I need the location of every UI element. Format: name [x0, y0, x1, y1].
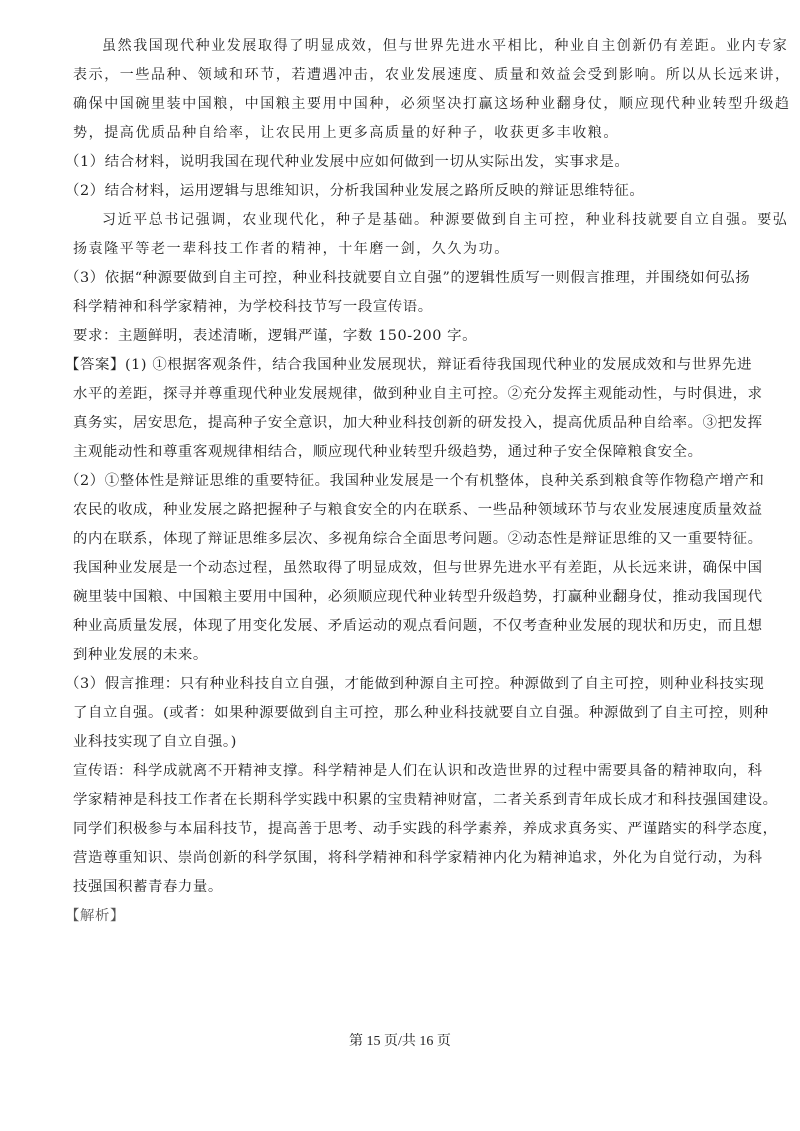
text-line: 了自立自强。(或者：如果种源要做到自主可控，那么种业科技就要自立自强。种源做到了… [73, 699, 733, 728]
answer-part-2: （2）①整体性是辩证思维的重要特征。我国种业发展是一个有机整体，良种关系到粮食等… [73, 467, 733, 670]
text-line: 学家精神是科技工作者在长期科学实践中积累的宝贵精神财富，二者关系到青年成长成才和… [73, 786, 733, 815]
question-1: （1）结合材料，说明我国在现代种业发展中应如何做到一切从实际出发，实事求是。 [65, 148, 733, 177]
text-line: 种业高质量发展，体现了用变化发展、矛盾运动的观点看问题，不仅考查种业发展的现状和… [73, 612, 733, 641]
text-line: 扬袁隆平等老一辈科技工作者的精神，十年磨一剑，久久为功。 [73, 235, 733, 264]
text-line: 到种业发展的未来。 [73, 641, 733, 670]
answer-part-1: 【答案】(1) ①根据客观条件，结合我国种业发展现状，辩证看待我国现代种业的发展… [73, 351, 733, 467]
text-line: 宣传语：科学成就离不开精神支撑。科学精神是人们在认识和改造世界的过程中需要具备的… [73, 757, 733, 786]
text-line: 势，提高优质品种自给率，让农民用上更多高质量的好种子，收获更多丰收粮。 [73, 119, 733, 148]
text-line: 【答案】(1) ①根据客观条件，结合我国种业发展现状，辩证看待我国现代种业的发展… [65, 351, 733, 380]
text-line: 主观能动性和尊重客观规律相结合，顺应现代种业转型升级趋势，通过种子安全保障粮食安… [73, 438, 733, 467]
text-line: 我国种业发展是一个动态过程，虽然取得了明显成效，但与世界先进水平有差距，从长远来… [73, 554, 733, 583]
question-2: （2）结合材料，运用逻辑与思维知识，分析我国种业发展之路所反映的辩证思维特征。 [65, 177, 733, 206]
text-line: 确保中国碗里装中国粮，中国粮主要用中国种，必须坚决打赢这场种业翻身仗，顺应现代种… [73, 90, 733, 119]
analysis-label: 【解析】 [65, 902, 733, 931]
text-line: 科学精神和科学家精神，为学校科技节写一段宣传语。 [73, 293, 733, 322]
answer-section: 【答案】(1) ①根据客观条件，结合我国种业发展现状，辩证看待我国现代种业的发展… [73, 351, 733, 931]
requirement-text: 要求：主题鲜明，表述清晰，逻辑严谨，字数 150-200 字。 [73, 322, 733, 351]
text-line: 虽然我国现代种业发展取得了明显成效，但与世界先进水平相比，种业自主创新仍有差距。… [73, 32, 733, 61]
text-line: 真务实，居安思危，提高种子安全意识，加大种业科技创新的研发投入，提高优质品种自给… [73, 409, 733, 438]
text-line: 农民的收成，种业发展之路把握种子与粮食安全的内在联系、一些品种领域环节与农业发展… [73, 496, 733, 525]
question-3: （3）依据“种源要做到自主可控，种业科技就要自立自强”的逻辑性质写一则假言推理，… [73, 264, 733, 351]
text-line: 表示，一些品种、领域和环节，若遭遇冲击，农业发展速度、质量和效益会受到影响。所以… [73, 61, 733, 90]
text-line: 营造尊重知识、崇尚创新的科学氛围，将科学精神和科学家精神内化为精神追求，外化为自… [73, 844, 733, 873]
text-line: （3）依据“种源要做到自主可控，种业科技就要自立自强”的逻辑性质写一则假言推理，… [65, 264, 733, 293]
text-line: 同学们积极参与本届科技节，提高善于思考、动手实践的科学素养，养成求真务实、严谨踏… [73, 815, 733, 844]
text-line: 业科技实现了自立自强。) [73, 728, 733, 757]
text-line: 水平的差距，探寻并尊重现代种业发展规律，做到种业自主可控。②充分发挥主观能动性，… [73, 380, 733, 409]
page-number-footer: 第 15 页/共 16 页 [0, 1030, 800, 1050]
questions-1-2: （1）结合材料，说明我国在现代种业发展中应如何做到一切从实际出发，实事求是。 （… [73, 148, 733, 206]
material-paragraph-2: 习近平总书记强调，农业现代化，种子是基础。种源要做到自主可控，种业科技就要自立自… [73, 206, 733, 264]
material-paragraph-1: 虽然我国现代种业发展取得了明显成效，但与世界先进水平相比，种业自主创新仍有差距。… [73, 32, 733, 148]
text-line: 的内在联系，体现了辩证思维多层次、多视角综合全面思考问题。②动态性是辩证思维的又… [73, 525, 733, 554]
text-line: （2）①整体性是辩证思维的重要特征。我国种业发展是一个有机整体，良种关系到粮食等… [65, 467, 733, 496]
slogan-paragraph: 宣传语：科学成就离不开精神支撑。科学精神是人们在认识和改造世界的过程中需要具备的… [73, 757, 733, 902]
answer-part-3: （3）假言推理：只有种业科技自立自强，才能做到种源自主可控。种源做到了自主可控，… [73, 670, 733, 757]
text-line: 碗里装中国粮、中国粮主要用中国种，必须顺应现代种业转型升级趋势，打赢种业翻身仗，… [73, 583, 733, 612]
document-page: 虽然我国现代种业发展取得了明显成效，但与世界先进水平相比，种业自主创新仍有差距。… [73, 32, 733, 931]
text-line: （3）假言推理：只有种业科技自立自强，才能做到种源自主可控。种源做到了自主可控，… [65, 670, 733, 699]
text-line: 技强国积蓄青春力量。 [73, 873, 733, 902]
text-line: 习近平总书记强调，农业现代化，种子是基础。种源要做到自主可控，种业科技就要自立自… [73, 206, 733, 235]
